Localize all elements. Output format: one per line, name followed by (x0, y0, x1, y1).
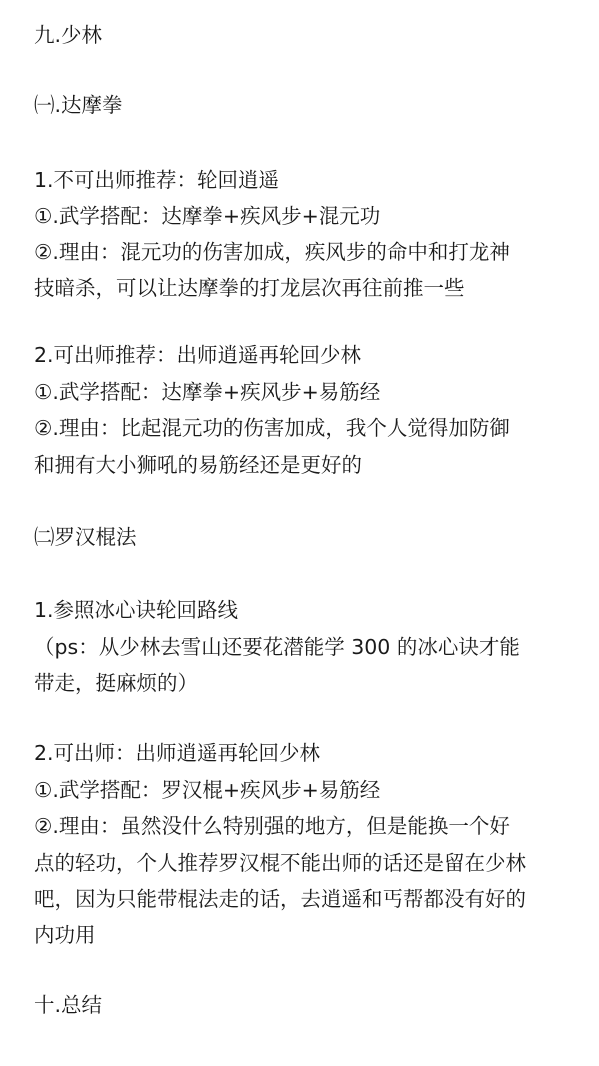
subsection-heading-luohan-staff: ㈡罗汉棍法 (34, 525, 137, 549)
paragraph-line: ②.理由：虽然没什么特别强的地方，但是能换一个好 (34, 814, 510, 838)
section-heading-shaolin: 九.少林 (34, 23, 102, 47)
paragraph-line: （ps：从少林去雪山还要花潜能学 300 的冰心诀才能 (34, 635, 520, 659)
paragraph-line: 内功用 (34, 923, 96, 947)
paragraph-line: 技暗杀，可以让达摩拳的打龙层次再往前推一些 (34, 276, 465, 300)
item-heading: 2.可出师推荐：出师逍遥再轮回少林 (34, 343, 361, 367)
subsection-heading-damo-fist: ㈠.达摩拳 (34, 93, 123, 117)
paragraph-line: ②.理由：混元功的伤害加成，疾风步的命中和打龙神 (34, 240, 510, 264)
item-heading: 1.不可出师推荐：轮回逍遥 (34, 168, 279, 192)
item-heading: 1.参照冰心诀轮回路线 (34, 598, 238, 622)
paragraph-line: 带走，挺麻烦的） (34, 671, 198, 695)
paragraph-line: 和拥有大小狮吼的易筋经还是更好的 (34, 453, 362, 477)
item-heading: 2.可出师：出师逍遥再轮回少林 (34, 741, 320, 765)
paragraph-line: ②.理由：比起混元功的伤害加成，我个人觉得加防御 (34, 416, 510, 440)
paragraph-line: 吧，因为只能带棍法走的话，去逍遥和丐帮都没有好的 (34, 887, 526, 911)
paragraph-line: ①.武学搭配：达摩拳+疾风步+混元功 (34, 204, 380, 228)
paragraph-line: 点的轻功，个人推荐罗汉棍不能出师的话还是留在少林 (34, 851, 526, 875)
paragraph-line: ①.武学搭配：罗汉棍+疾风步+易筋经 (34, 778, 380, 802)
section-heading-summary: 十.总结 (34, 993, 102, 1017)
paragraph-line: ①.武学搭配：达摩拳+疾风步+易筋经 (34, 380, 380, 404)
